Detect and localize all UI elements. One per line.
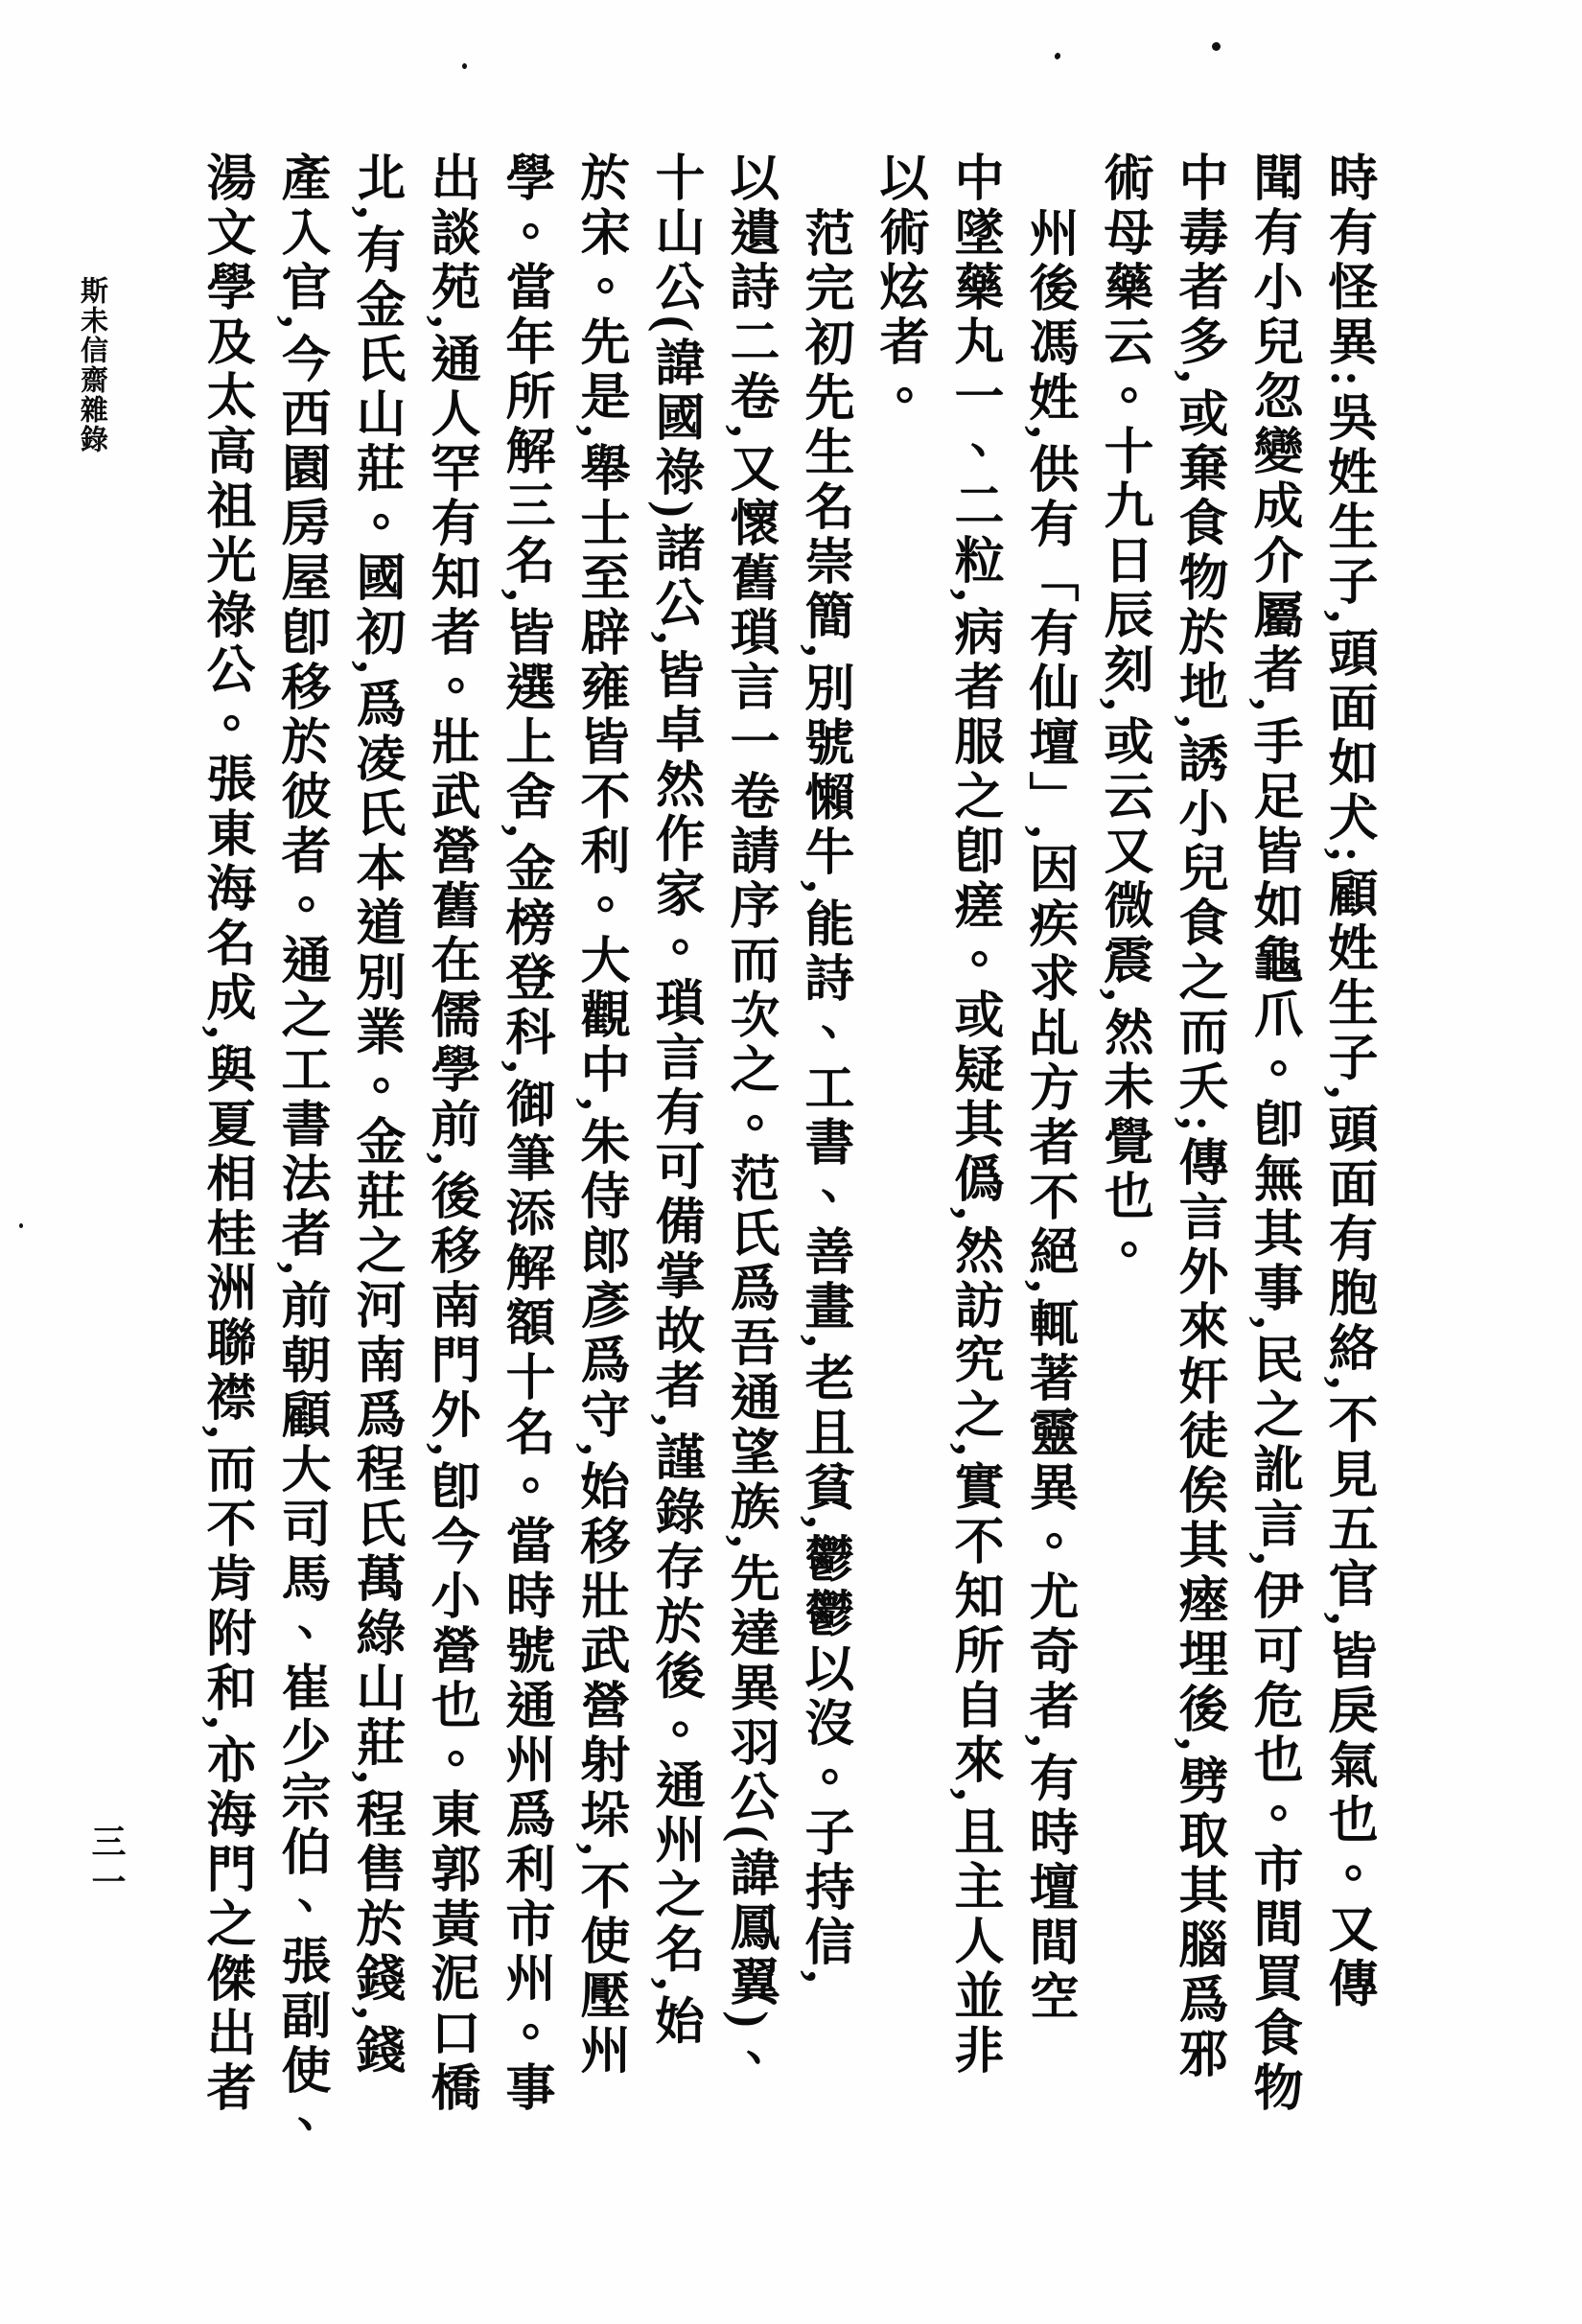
text-column: 學。當年所解三名,皆選上舍,金榜登科,御筆添解額十名。當時號通州爲利市州。事	[487, 151, 562, 2242]
text-column: 術母藥云。十九日辰刻,或云又微震,然未覺也。	[1085, 151, 1160, 2242]
main-text-block: 時有怪異:吳姓生子,頭面如犬;顧姓生子,頭面有胞絡,不見五官,皆戾氣也。又傳 聞…	[188, 151, 1384, 2242]
text-column: 州後馮姓,供有「有仙壇」,因疾求乩方者不絕,輒著靈異。尤奇者,有時壇間空	[1011, 151, 1085, 2242]
ink-speck	[19, 1223, 23, 1228]
text-column: 出談苑,通人罕有知者。壯武營舊在儒學前,後移南門外,卽今小營也。東郭黃泥口橋	[412, 151, 487, 2242]
text-column: 時有怪異:吳姓生子,頭面如犬;顧姓生子,頭面有胞絡,不見五官,皆戾氣也。又傳	[1310, 151, 1384, 2242]
text-column: 以術炫者。	[861, 151, 936, 2242]
book-margin-title: 斯未信齋雜錄	[73, 276, 112, 454]
text-column: 范完初先生名崇簡,別號懶牛,能詩、工書、善畫,老且貧,鬱鬱以沒。子持信,	[786, 151, 861, 2242]
ink-speck	[1054, 52, 1061, 60]
page-number: 三一	[82, 1824, 131, 1904]
ink-speck	[1212, 42, 1221, 51]
text-column: 聞有小兒忽變成介屬者,手足皆如龜爪。卽無其事,民之訛言,伊可危也。市間買食物	[1235, 151, 1310, 2242]
text-column: 湯文學及太高祖光祿公。張東海名成,與夏相桂洲聯襟,而不肯附和,亦海門之傑出者	[188, 151, 263, 2242]
text-column: 以遺詩二卷,又懷舊瑣言一卷請序而次之。范氏爲吾通望族,先達異羽公(諱鳳翼)、	[711, 151, 786, 2242]
ink-speck	[462, 63, 467, 69]
text-column: 中毒者多,或棄食物於地,誘小兒食之而夭;傳言外來奸徒俟其瘞埋後,劈取其腦爲邪	[1160, 151, 1235, 2242]
text-column: 於宋。先是,舉士至辟雍皆不利。大觀中,朱侍郎彥爲守,始移壯武營射垛,不使壓州	[562, 151, 637, 2242]
text-column: 北,有金氏山莊。國初,爲凌氏本道別業。金莊之河南爲程氏萬綠山莊,程售於錢,錢	[337, 151, 412, 2242]
text-column: 產入官,今西園房屋卽移於彼者。通之工書法者,前朝顧大司馬、崔少宗伯、張副使、	[263, 151, 337, 2242]
text-column: 十山公(諱國祿)諸公,皆卓然作家。瑣言有可備掌故者,謹錄存於後。通州之名,始	[637, 151, 711, 2242]
scanned-book-page: 時有怪異:吳姓生子,頭面如犬;顧姓生子,頭面有胞絡,不見五官,皆戾氣也。又傳 聞…	[0, 0, 1582, 2324]
text-column: 中墜藥丸一、二粒,病者服之卽瘥。或疑其僞,然訪究之,實不知所自來,且主人並非	[936, 151, 1011, 2242]
